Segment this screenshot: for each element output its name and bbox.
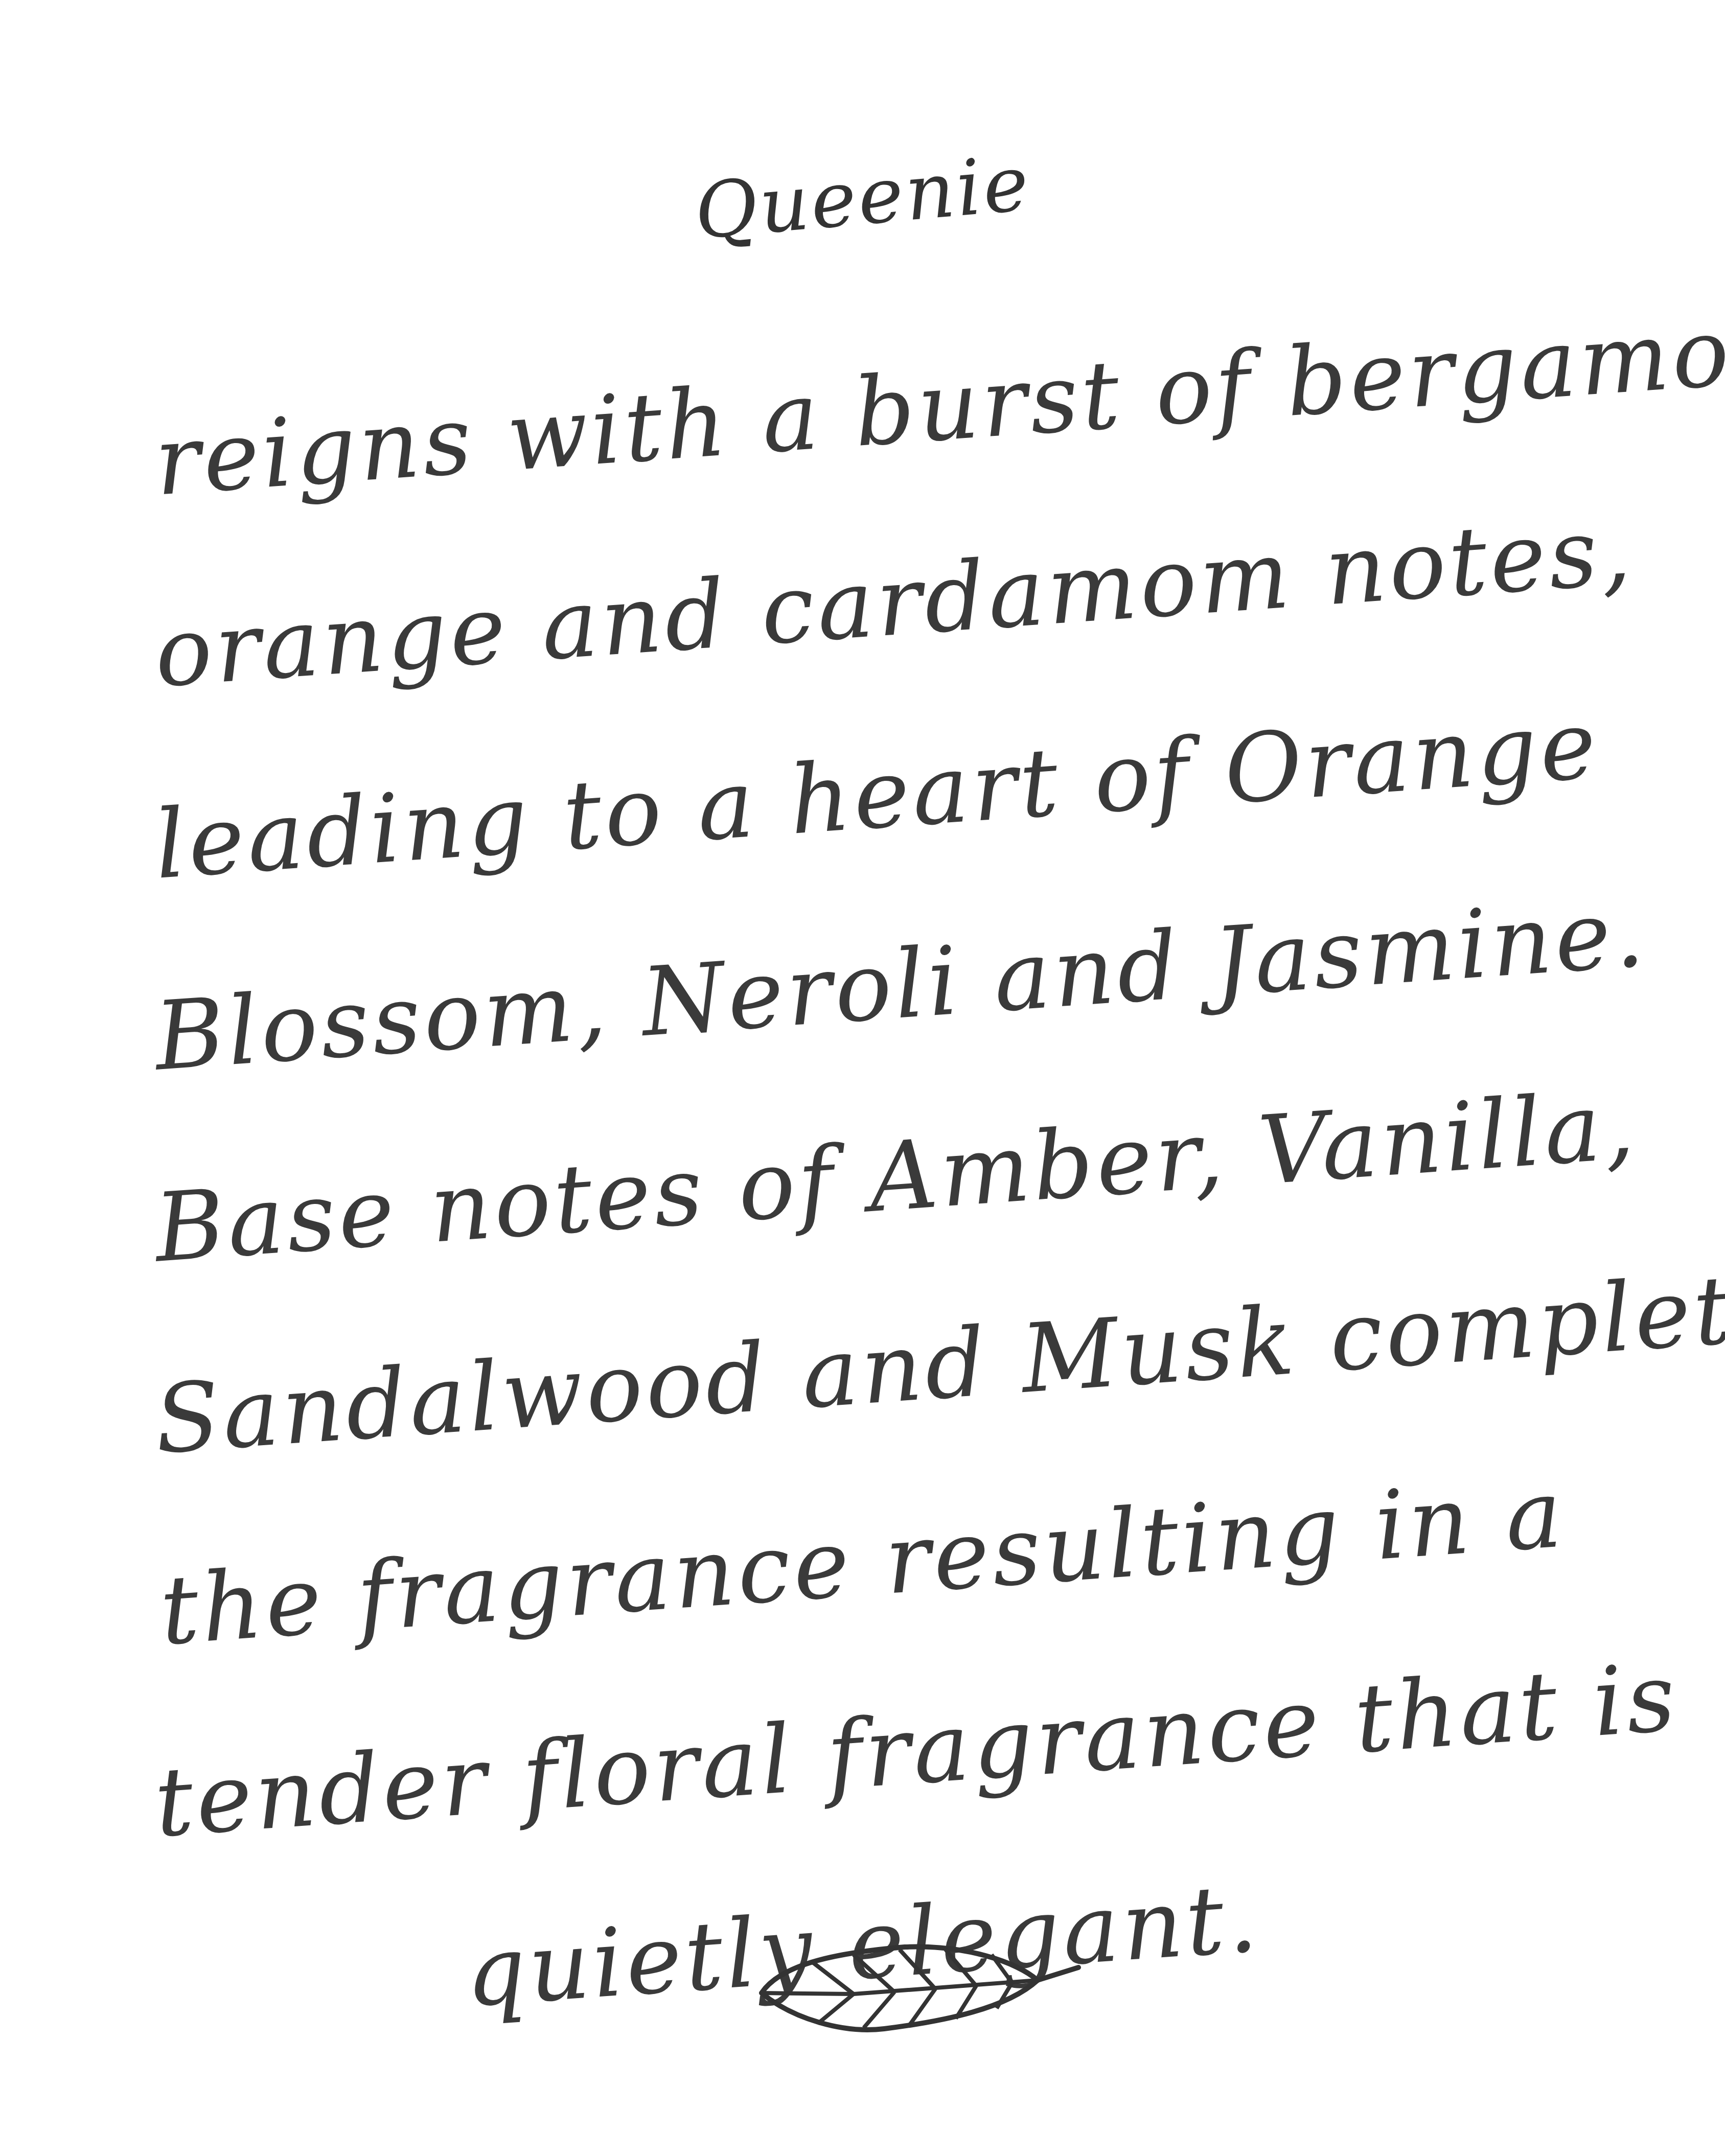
- description-text: reigns with a burst of bergamot, orange …: [153, 317, 1572, 2042]
- leaf-icon: [751, 1932, 1109, 2034]
